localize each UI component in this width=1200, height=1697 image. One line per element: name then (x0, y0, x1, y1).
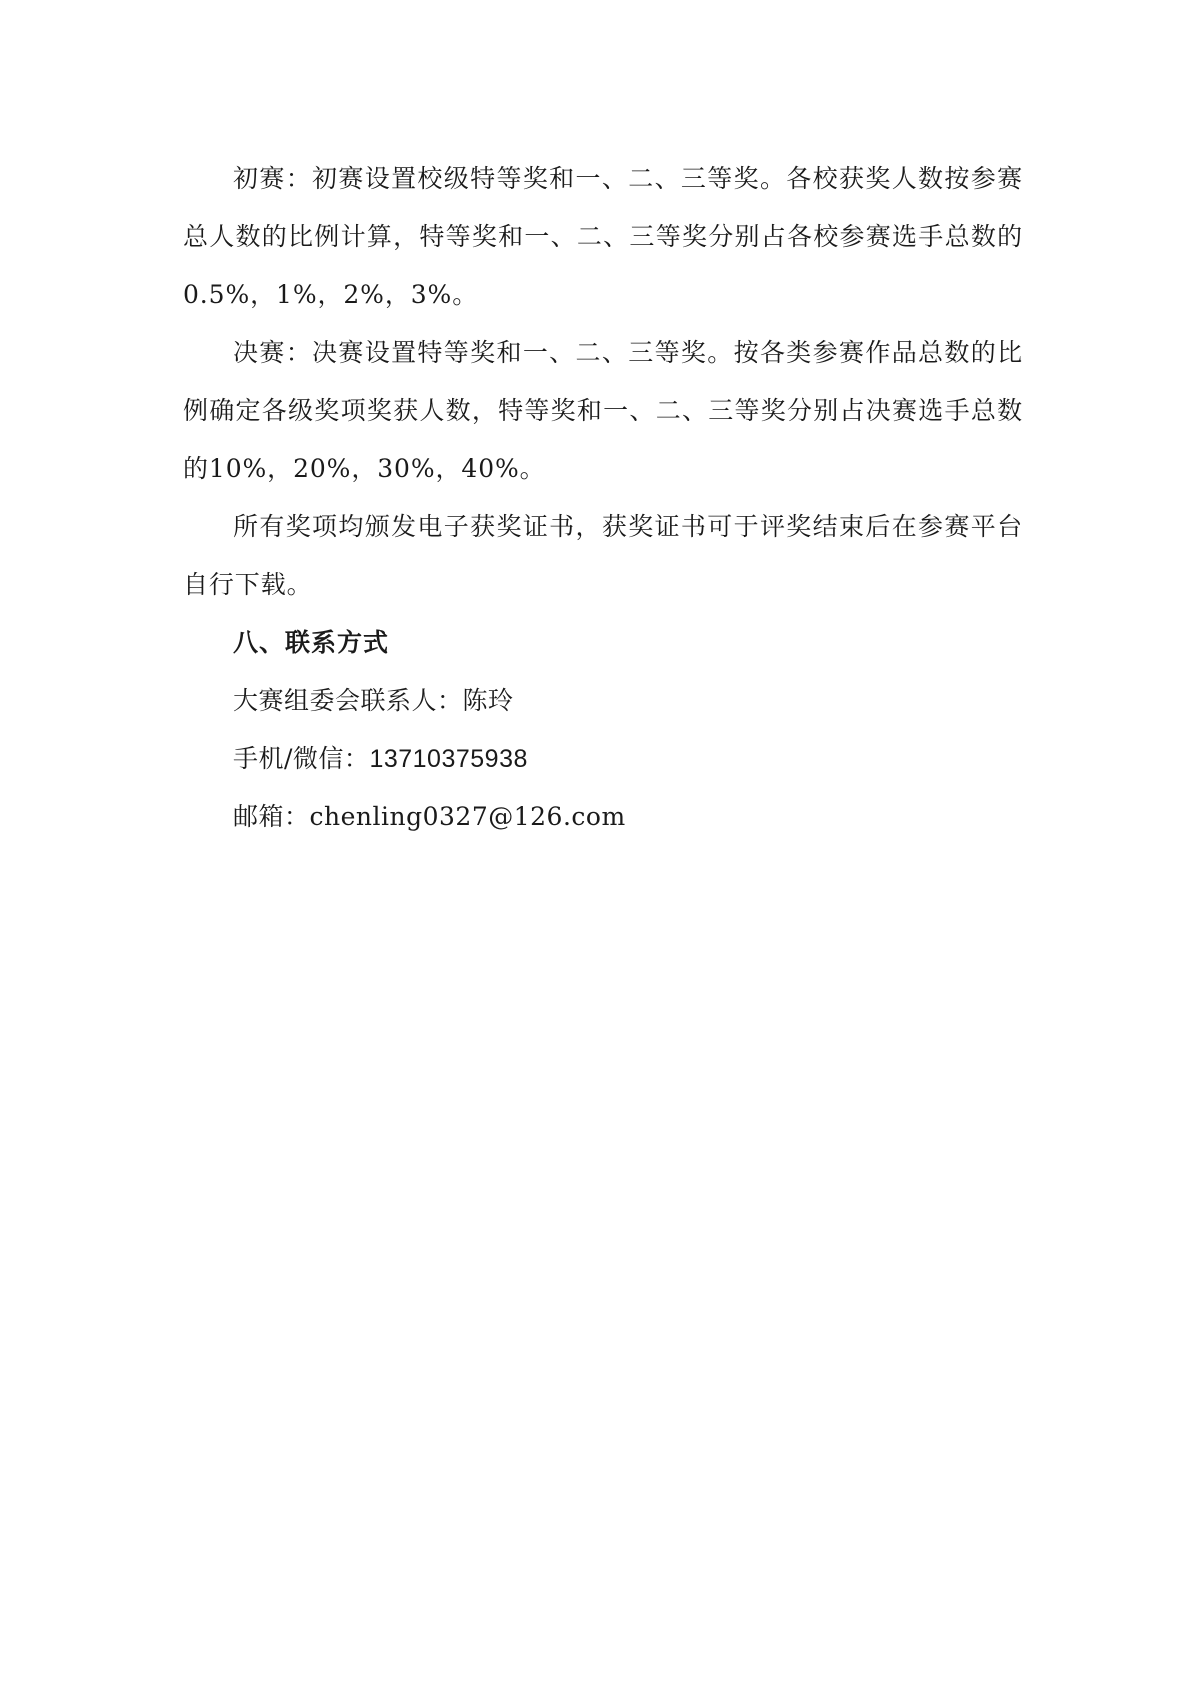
contact-email-value: chenling0327@126.com (310, 802, 626, 831)
contact-phone-label: 手机/微信： (233, 744, 369, 773)
contact-person-value: 陈玲 (463, 686, 514, 715)
contact-email: 邮箱：chenling0327@126.com (183, 788, 1023, 846)
paragraph-certificates: 所有奖项均颁发电子获奖证书，获奖证书可于评奖结束后在参赛平台自行下载。 (183, 498, 1023, 614)
contact-person-label: 大赛组委会联系人： (233, 686, 463, 715)
document-page: 初赛：初赛设置校级特等奖和一、二、三等奖。各校获奖人数按参赛总人数的比例计算，特… (183, 150, 1023, 846)
paragraph-final-awards: 决赛：决赛设置特等奖和一、二、三等奖。按各类参赛作品总数的比例确定各级奖项奖获人… (183, 324, 1023, 498)
contact-person: 大赛组委会联系人：陈玲 (183, 672, 1023, 730)
section-heading-contact: 八、联系方式 (183, 614, 1023, 672)
paragraph-preliminary-awards: 初赛：初赛设置校级特等奖和一、二、三等奖。各校获奖人数按参赛总人数的比例计算，特… (183, 150, 1023, 324)
contact-phone: 手机/微信：13710375938 (183, 730, 1023, 788)
contact-phone-value: 13710375938 (369, 745, 527, 773)
contact-email-label: 邮箱： (233, 802, 310, 831)
